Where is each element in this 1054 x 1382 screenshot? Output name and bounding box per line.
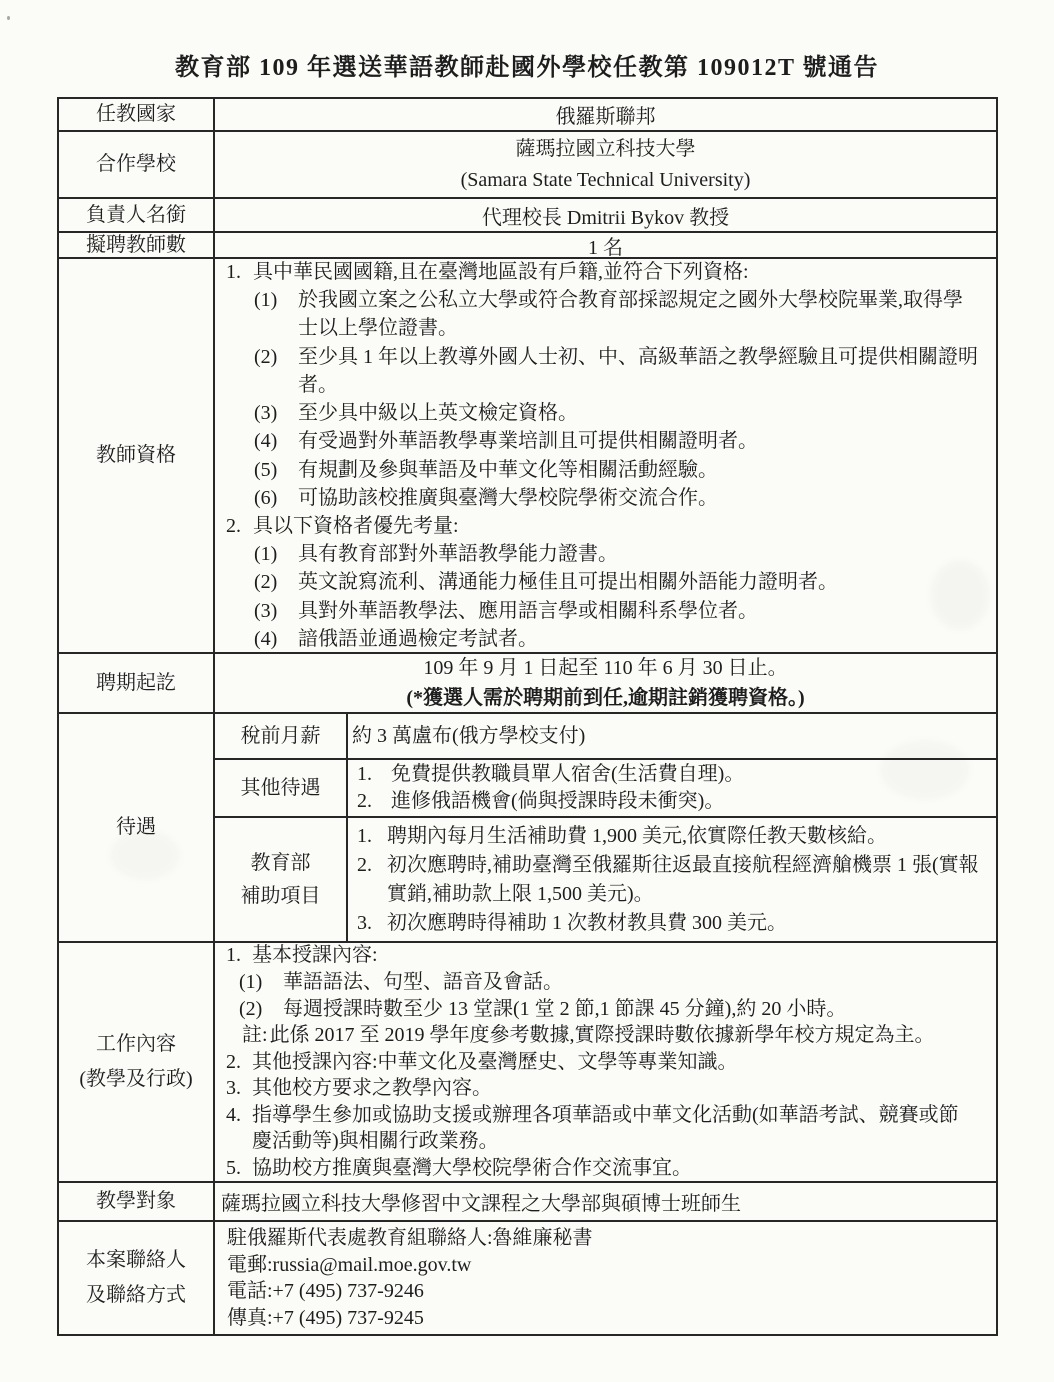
benefits-value: 1.免費提供教職員單人宿舍(生活費自理)。 2.進修俄語機會(倘與授課時段未衝突…: [348, 760, 996, 816]
row-employment-period: 聘期起訖 109 年 9 月 1 日起至 110 年 6 月 30 日止。 (*…: [59, 654, 996, 714]
list-text: 協助校方推廣與臺灣大學校院學術合作交流事宜。: [252, 1155, 978, 1182]
list-item: 3.初次應聘時得補助 1 次教材教具費 300 美元。: [357, 909, 980, 938]
list-item: 2.初次應聘時,補助臺灣至俄羅斯往返最直接航程經濟艙機票 1 張(實報實銷,補助…: [357, 851, 980, 909]
list-marker: 3.: [226, 1075, 252, 1102]
row-qualifications: 教師資格 1.具中華民國國籍,且在臺灣地區設有戶籍,並符合下列資格: (1)於我…: [59, 259, 996, 654]
partner-school-name-en: (Samara State Technical University): [461, 165, 751, 196]
list-marker: 4.: [226, 1102, 252, 1129]
row-compensation: 待遇 稅前月薪 約 3 萬盧布(俄方學校支付) 其他待遇 1.免費提供教職員單人…: [59, 714, 996, 943]
list-marker: 5.: [226, 1155, 252, 1182]
list-text: 可協助該校推廣與臺灣大學校院學術交流合作。: [298, 484, 978, 512]
benefits-label: 其他待遇: [215, 760, 348, 816]
list-item: 3.其他校方要求之教學內容。: [226, 1075, 978, 1102]
list-marker: (1): [254, 540, 298, 568]
qualifications-list: 1.具中華民國國籍,且在臺灣地區設有戶籍,並符合下列資格: (1)於我國立案之公…: [221, 254, 986, 657]
list-marker: 2.: [226, 1049, 252, 1076]
employment-period-value: 109 年 9 月 1 日起至 110 年 6 月 30 日止。 (*獲選人需於…: [215, 654, 996, 712]
list-marker: (6): [254, 484, 298, 512]
list-text: 其他授課內容:中華文化及臺灣歷史、文學等專業知識。: [252, 1049, 978, 1076]
subrow-salary: 稅前月薪 約 3 萬盧布(俄方學校支付): [215, 714, 996, 760]
row-job-duties: 工作內容 (教學及行政) 1.基本授課內容: (1)華語語法、句型、語音及會話。…: [59, 943, 996, 1183]
list-text: 有受過對外華語教學專業培訓且可提供相關證明者。: [298, 427, 978, 455]
contact-person-line: 駐俄羅斯代表處教育組聯絡人:魯維廉秘書: [227, 1225, 978, 1252]
list-marker: (4): [254, 625, 298, 653]
list-text: 每週授課時數至少 13 堂課(1 堂 2 節,1 節課 45 分鐘),約 20 …: [283, 996, 978, 1023]
list-marker: (2): [254, 343, 298, 371]
list-text: 其他校方要求之教學內容。: [252, 1075, 978, 1102]
contact-email-line: 電郵:russia@mail.moe.gov.tw: [227, 1252, 978, 1279]
list-marker: 1.: [226, 942, 252, 969]
list-item: (5)有規劃及參與華語及中華文化等相關活動經驗。: [254, 456, 978, 484]
list-text: 具有教育部對外華語教學能力證書。: [298, 540, 978, 568]
list-marker: (5): [254, 456, 298, 484]
contact-info-label: 本案聯絡人 及聯絡方式: [59, 1222, 215, 1334]
moe-subsidy-list: 1.聘期內每月生活補助費 1,900 美元,依實際任教天數核給。 2.初次應聘時…: [352, 818, 988, 942]
partner-school-label: 合作學校: [59, 132, 215, 197]
list-text: 基本授課內容:: [252, 942, 978, 969]
contact-info-label-line1: 本案聯絡人: [86, 1243, 186, 1278]
principal-label: 負責人名銜: [59, 199, 215, 231]
job-duties-list: 1.基本授課內容: (1)華語語法、句型、語音及會話。 (2)每週授課時數至少 …: [221, 938, 986, 1185]
list-text: 指導學生參加或協助支援或辦理各項華語或中華文化活動(如華語考試、競賽或節慶活動等…: [252, 1102, 978, 1155]
job-duties-label-line1: 工作內容: [96, 1027, 176, 1062]
job-duties-value: 1.基本授課內容: (1)華語語法、句型、語音及會話。 (2)每週授課時數至少 …: [215, 943, 996, 1181]
row-principal: 負責人名銜 代理校長 Dmitrii Bykov 教授: [59, 199, 996, 233]
compensation-label: 待遇: [59, 714, 215, 941]
list-marker: 1.: [357, 822, 387, 851]
list-marker: (2): [254, 568, 298, 596]
salary-label: 稅前月薪: [215, 714, 348, 758]
qualifications-value: 1.具中華民國國籍,且在臺灣地區設有戶籍,並符合下列資格: (1)於我國立案之公…: [215, 259, 996, 652]
list-marker: (1): [254, 286, 298, 314]
teacher-count-label: 擬聘教師數: [59, 233, 215, 257]
row-contact-info: 本案聯絡人 及聯絡方式 駐俄羅斯代表處教育組聯絡人:魯維廉秘書 電郵:russi…: [59, 1222, 996, 1334]
list-marker: (3): [254, 597, 298, 625]
list-text: 具對外華語教學法、應用語言學或相關科系學位者。: [298, 597, 978, 625]
employment-period-note: (*獲選人需於聘期前到任,逾期註銷獲聘資格。): [406, 683, 804, 713]
list-item: 1.具中華民國國籍,且在臺灣地區設有戶籍,並符合下列資格:: [226, 258, 978, 286]
list-item: 1.免費提供教職員單人宿舍(生活費自理)。: [357, 761, 980, 788]
list-item: 4.指導學生參加或協助支援或辦理各項華語或中華文化活動(如華語考試、競賽或節慶活…: [226, 1102, 978, 1155]
list-item: 2.具以下資格者優先考量:: [226, 512, 978, 540]
partner-school-name-zh: 薩瑪拉國立科技大學: [516, 134, 696, 165]
list-item: (2)至少具 1 年以上教導外國人士初、中、高級華語之教學經驗且可提供相關證明者…: [254, 343, 978, 399]
list-text: 有規劃及參與華語及中華文化等相關活動經驗。: [298, 456, 978, 484]
list-item: (4)有受過對外華語教學專業培訓且可提供相關證明者。: [254, 427, 978, 455]
moe-subsidy-label: 教育部 補助項目: [215, 818, 348, 941]
list-text: 具以下資格者優先考量:: [253, 512, 978, 540]
teaching-country-value: 俄羅斯聯邦: [215, 99, 996, 130]
contact-fax-line: 傳真:+7 (495) 737-9245: [227, 1305, 978, 1332]
list-item: (1)華語語法、句型、語音及會話。: [239, 969, 978, 996]
list-item: 5.協助校方推廣與臺灣大學校院學術合作交流事宜。: [226, 1155, 978, 1182]
list-item: (6)可協助該校推廣與臺灣大學校院學術交流合作。: [254, 484, 978, 512]
list-marker: 2.: [226, 512, 253, 540]
teaching-targets-label: 教學對象: [59, 1183, 215, 1220]
contact-info-label-line2: 及聯絡方式: [86, 1278, 186, 1313]
list-text: 聘期內每月生活補助費 1,900 美元,依實際任教天數核給。: [387, 822, 980, 851]
salary-value: 約 3 萬盧布(俄方學校支付): [348, 714, 996, 758]
list-text: 具中華民國國籍,且在臺灣地區設有戶籍,並符合下列資格:: [253, 258, 978, 286]
list-item: 1.聘期內每月生活補助費 1,900 美元,依實際任教天數核給。: [357, 822, 980, 851]
list-item: (1)於我國立案之公私立大學或符合教育部採認規定之國外大學校院畢業,取得學士以上…: [254, 286, 978, 342]
list-marker: (4): [254, 427, 298, 455]
row-teaching-country: 任教國家 俄羅斯聯邦: [59, 99, 996, 132]
list-item: 註:此係 2017 至 2019 學年度參考數據,實際授課時數依據新學年校方規定…: [242, 1022, 978, 1049]
contact-info-value: 駐俄羅斯代表處教育組聯絡人:魯維廉秘書 電郵:russia@mail.moe.g…: [215, 1222, 996, 1334]
employment-period-label: 聘期起訖: [59, 654, 215, 712]
subrow-benefits: 其他待遇 1.免費提供教職員單人宿舍(生活費自理)。 2.進修俄語機會(倘與授課…: [215, 760, 996, 818]
list-text: 英文說寫流利、溝通能力極佳且可提出相關外語能力證明者。: [298, 568, 978, 596]
qualifications-label: 教師資格: [59, 259, 215, 652]
moe-subsidy-label-line1: 教育部: [251, 847, 311, 880]
list-item: (4)諳俄語並通過檢定考試者。: [254, 625, 978, 653]
moe-subsidy-value: 1.聘期內每月生活補助費 1,900 美元,依實際任教天數核給。 2.初次應聘時…: [348, 818, 996, 941]
list-text: 華語語法、句型、語音及會話。: [283, 969, 978, 996]
contact-phone-line: 電話:+7 (495) 737-9246: [227, 1278, 978, 1305]
teaching-targets-value: 薩瑪拉國立科技大學修習中文課程之大學部與碩博士班師生: [215, 1183, 996, 1220]
list-text: 至少具中級以上英文檢定資格。: [298, 399, 978, 427]
notice-table: 任教國家 俄羅斯聯邦 合作學校 薩瑪拉國立科技大學 (Samara State …: [57, 97, 998, 1336]
list-marker: 3.: [357, 909, 387, 938]
job-duties-label: 工作內容 (教學及行政): [59, 943, 215, 1181]
list-item: (2)英文說寫流利、溝通能力極佳且可提出相關外語能力證明者。: [254, 568, 978, 596]
list-text: 此係 2017 至 2019 學年度參考數據,實際授課時數依據新學年校方規定為主…: [270, 1022, 978, 1049]
list-marker: 1.: [226, 258, 253, 286]
list-item: 2.進修俄語機會(倘與授課時段未衝突)。: [357, 788, 980, 815]
list-item: (3)至少具中級以上英文檢定資格。: [254, 399, 978, 427]
list-item: (1)具有教育部對外華語教學能力證書。: [254, 540, 978, 568]
scanned-document-page: 教育部 109 年選送華語教師赴國外學校任教第 109012T 號通告 任教國家…: [0, 0, 1054, 1382]
list-text: 至少具 1 年以上教導外國人士初、中、高級華語之教學經驗且可提供相關證明者。: [298, 343, 978, 399]
list-item: (3)具對外華語教學法、應用語言學或相關科系學位者。: [254, 597, 978, 625]
job-duties-label-line2: (教學及行政): [79, 1062, 192, 1097]
contact-lines: 駐俄羅斯代表處教育組聯絡人:魯維廉秘書 電郵:russia@mail.moe.g…: [221, 1222, 986, 1334]
list-marker: 1.: [357, 761, 391, 788]
list-marker: (1): [239, 969, 283, 996]
benefits-list: 1.免費提供教職員單人宿舍(生活費自理)。 2.進修俄語機會(倘與授課時段未衝突…: [352, 757, 988, 819]
partner-school-value: 薩瑪拉國立科技大學 (Samara State Technical Univer…: [215, 132, 996, 197]
row-teaching-targets: 教學對象 薩瑪拉國立科技大學修習中文課程之大學部與碩博士班師生: [59, 1183, 996, 1222]
row-partner-school: 合作學校 薩瑪拉國立科技大學 (Samara State Technical U…: [59, 132, 996, 199]
list-text: 諳俄語並通過檢定考試者。: [298, 625, 978, 653]
document-title: 教育部 109 年選送華語教師赴國外學校任教第 109012T 號通告: [0, 47, 1054, 82]
list-marker: (2): [239, 996, 283, 1023]
list-text: 初次應聘時得補助 1 次教材教具費 300 美元。: [387, 909, 980, 938]
list-text: 初次應聘時,補助臺灣至俄羅斯往返最直接航程經濟艙機票 1 張(實報實銷,補助款上…: [387, 851, 980, 909]
list-marker: 2.: [357, 788, 391, 815]
principal-value: 代理校長 Dmitrii Bykov 教授: [215, 199, 996, 231]
list-item: (2)每週授課時數至少 13 堂課(1 堂 2 節,1 節課 45 分鐘),約 …: [239, 996, 978, 1023]
list-marker: (3): [254, 399, 298, 427]
employment-period-dates: 109 年 9 月 1 日起至 110 年 6 月 30 日止。: [423, 653, 787, 683]
list-marker: 2.: [357, 851, 387, 880]
teaching-country-label: 任教國家: [59, 99, 215, 130]
list-text: 於我國立案之公私立大學或符合教育部採認規定之國外大學校院畢業,取得學士以上學位證…: [298, 286, 978, 342]
list-text: 免費提供教職員單人宿舍(生活費自理)。: [391, 761, 980, 788]
list-item: 1.基本授課內容:: [226, 942, 978, 969]
list-marker: 註:: [242, 1022, 270, 1049]
list-text: 進修俄語機會(倘與授課時段未衝突)。: [391, 788, 980, 815]
scan-speck: [7, 16, 10, 20]
moe-subsidy-label-line2: 補助項目: [241, 880, 321, 913]
compensation-subtable: 稅前月薪 約 3 萬盧布(俄方學校支付) 其他待遇 1.免費提供教職員單人宿舍(…: [215, 714, 996, 941]
subrow-moe-subsidy: 教育部 補助項目 1.聘期內每月生活補助費 1,900 美元,依實際任教天數核給…: [215, 818, 996, 941]
list-item: 2.其他授課內容:中華文化及臺灣歷史、文學等專業知識。: [226, 1049, 978, 1076]
salary-text: 約 3 萬盧布(俄方學校支付): [352, 723, 988, 749]
